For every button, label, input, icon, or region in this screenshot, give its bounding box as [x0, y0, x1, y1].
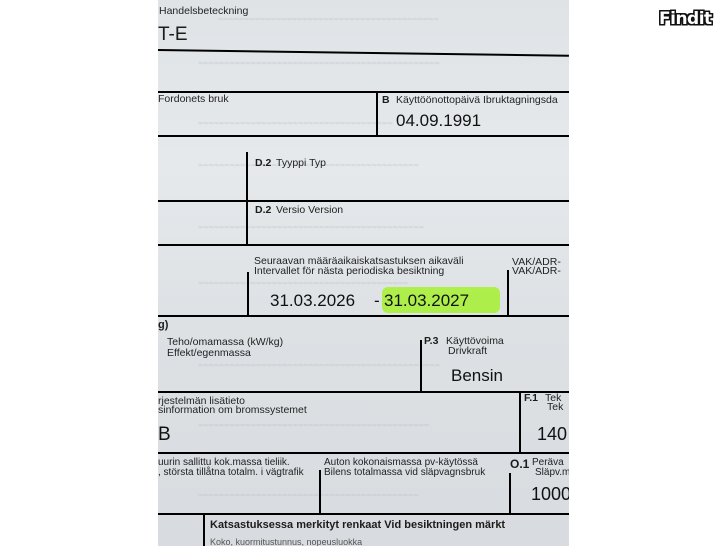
f1-label-2: Tek — [547, 402, 563, 413]
fordonets-bruk-label: Fordonets bruk — [158, 94, 229, 105]
max-mass-label-sv: , största tillåtna totalm. i vägtrafik — [158, 468, 304, 478]
registration-document-photo: ~~~~~~~~~~~~~~~~~~~~~~~~~~~~~~~~~~~~~~~~… — [158, 0, 569, 546]
interval-from: 31.03.2026 — [270, 292, 355, 309]
divider-line — [158, 315, 569, 317]
d2-type-code: D.2 — [255, 158, 271, 169]
bleed-text: ~~~~~~~~~~~~~~~~~~~~~~~~~~~~~~~~~~~~~~~~… — [198, 222, 424, 232]
tyres-heading: Katsastuksessa merkityt renkaat Vid besi… — [210, 520, 505, 531]
divider-line — [376, 91, 378, 136]
o1-code: O.1 — [510, 458, 529, 470]
p3-value: Bensin — [451, 367, 503, 384]
bleed-text: ~~~~~~~~~~~~~~~~~~~~~~~~~~~~~~~~~~~~~~~~ — [198, 278, 408, 288]
bleed-text: ~~~~~~~~~~~~~~~~~~~~~~~~~~~~~~~~~~~~~~~~… — [198, 420, 429, 430]
divider-line — [420, 340, 422, 392]
bleed-text: ~~~~~~~~~~~~~~~~~~~~~~~~~~~~~~~~~~~~~~~~… — [198, 490, 419, 500]
divider-line — [158, 135, 569, 137]
divider-line — [158, 452, 569, 454]
d2-version-label: Versio Version — [276, 205, 343, 216]
divider-line — [203, 513, 205, 546]
b-label: Käyttöönottopäivä Ibruktagningsda — [396, 95, 558, 106]
power-label-fi: Teho/omamassa (kW/kg) — [167, 337, 283, 348]
o1-value: 1000 — [531, 485, 569, 503]
d2-version-code: D.2 — [255, 205, 271, 216]
bleed-text: ~~~~~~~~~~~~~~~~~~~~~~~~~~~~~~~~~~~~~~~~… — [218, 14, 439, 24]
vak-adr-label-2: VAK/ADR- — [512, 266, 561, 277]
b-value: 04.09.1991 — [396, 112, 481, 129]
divider-line — [319, 470, 321, 514]
power-label-sv: Effekt/egenmassa — [167, 348, 251, 359]
handelsbeteckning-value: T-E — [158, 25, 188, 44]
p3-code: P.3 — [424, 336, 438, 347]
o1-label-2: Släpv.m — [535, 468, 569, 478]
divider-line — [507, 270, 509, 316]
interval-to: 31.03.2027 — [384, 292, 469, 309]
divider-line — [158, 391, 569, 393]
findit-logo: Findit — [659, 9, 712, 29]
divider-line — [158, 49, 569, 56]
divider-line — [158, 200, 569, 202]
divider-line — [509, 473, 511, 514]
bleed-text: ~~~~~~~~~~~~~~~~~~~~~~~~~~~~~~~~~~~~~ — [198, 118, 392, 128]
f1-value: 140 — [537, 425, 567, 443]
brake-label-sv: sinformation om bromssystemet — [158, 405, 307, 416]
brake-value: B — [158, 425, 171, 444]
interval-label-sv: Intervallet för nästa periodiska besiktn… — [254, 266, 444, 277]
combo-mass-label-sv: Bilens totalmassa vid släpvagnsbruk — [324, 468, 485, 478]
interval-separator: - — [374, 292, 380, 309]
section-fragment: g) — [158, 320, 168, 331]
divider-line — [158, 513, 569, 515]
b-code: B — [382, 95, 390, 106]
divider-line — [246, 152, 248, 244]
divider-line — [519, 391, 521, 453]
divider-line — [247, 272, 249, 316]
bleed-text: ~~~~~~~~~~~~~~~~~~~~~~~~~~~~~~~~~~~~~~~~… — [198, 58, 440, 68]
tyres-subline: Koko, kuormitustunnus, nopeusluokka — [210, 538, 362, 546]
divider-line — [158, 244, 569, 246]
f1-code: F.1 — [524, 393, 538, 404]
bleed-text: ~~~~~~~~~~~~~~~~~~~~~~~~~~~~~~~~~~~~~~~~… — [198, 360, 440, 370]
p3-label-sv: Drivkraft — [448, 346, 487, 357]
d2-type-label: Tyyppi Typ — [276, 158, 326, 169]
handelsbeteckning-label: Handelsbeteckning — [159, 6, 248, 17]
